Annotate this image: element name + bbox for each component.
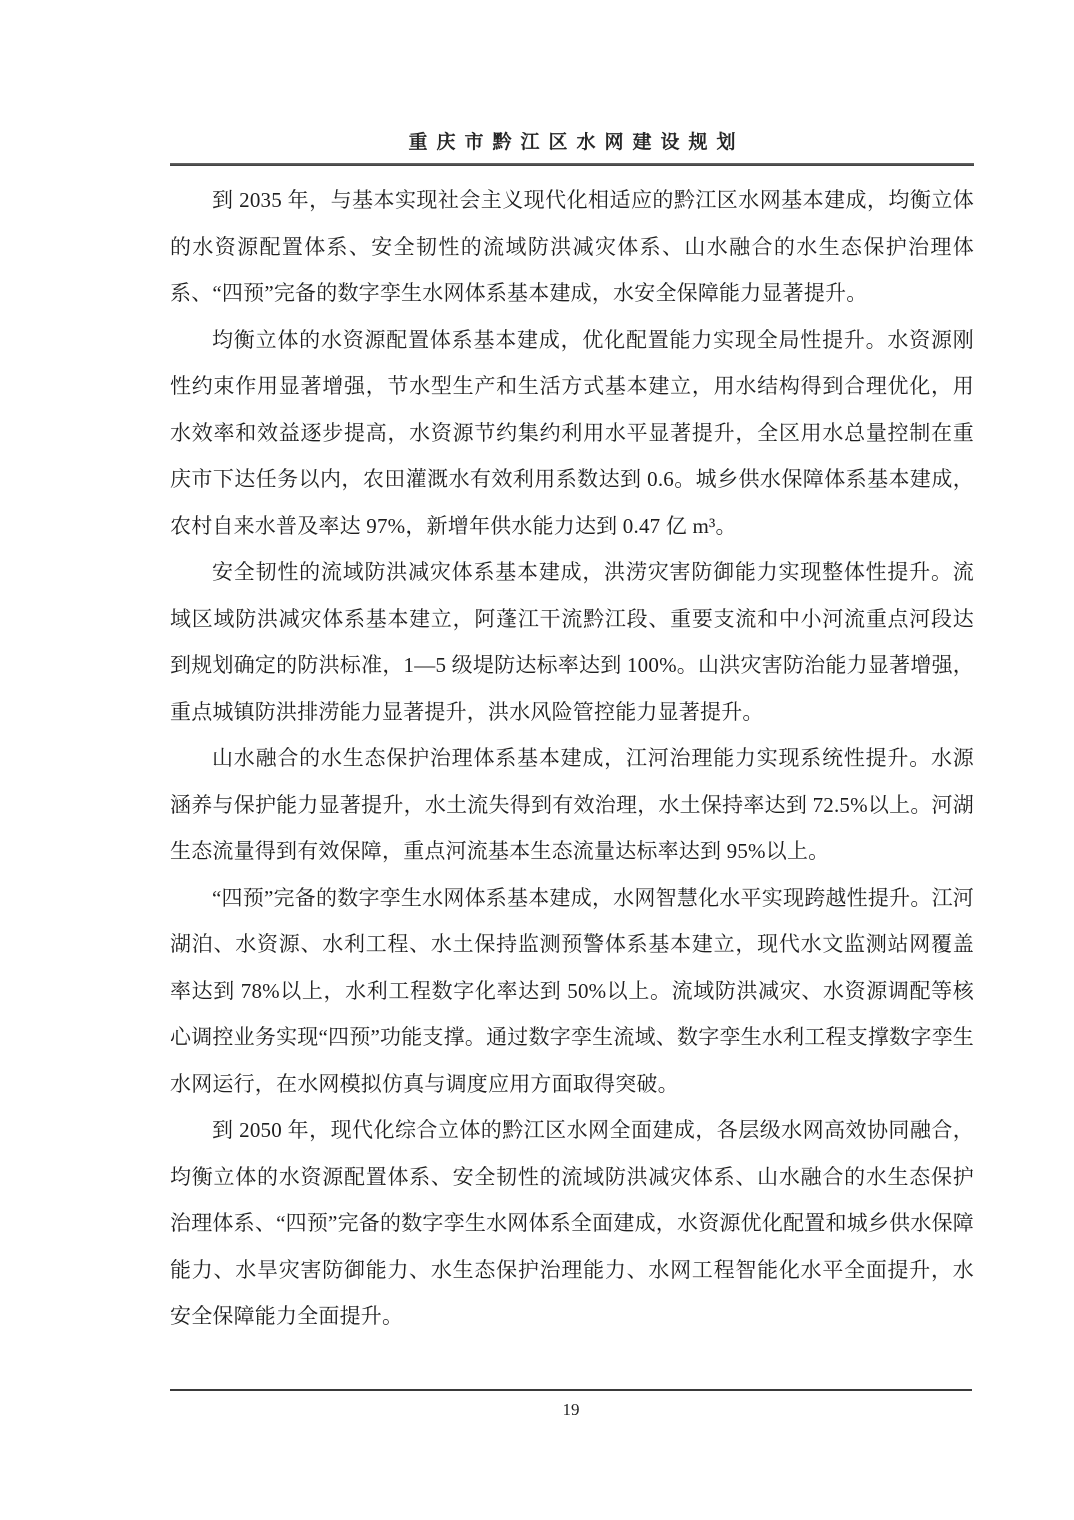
body-paragraph-eco-protection: 山水融合的水生态保护治理体系基本建成，江河治理能力实现系统性提升。水源涵养与保护… [170, 735, 974, 875]
page-header-title: 重庆市黔江区水网建设规划 [170, 130, 974, 156]
footer-rule [170, 1389, 972, 1391]
body-paragraph-2050-goal: 到 2050 年，现代化综合立体的黔江区水网全面建成，各层级水网高效协同融合，均… [170, 1107, 974, 1340]
body-paragraph-flood-control: 安全韧性的流域防洪减灾体系基本建成，洪涝灾害防御能力实现整体性提升。流域区域防洪… [170, 549, 974, 735]
body-paragraph-digital-twin: “四预”完备的数字孪生水网体系基本建成，水网智慧化水平实现跨越性提升。江河湖泊、… [170, 875, 974, 1108]
body-paragraph-2035-goal: 到 2035 年，与基本实现社会主义现代化相适应的黔江区水网基本建成，均衡立体的… [170, 177, 974, 317]
document-page: 重庆市黔江区水网建设规划 到 2035 年，与基本实现社会主义现代化相适应的黔江… [0, 0, 1074, 1520]
header-rule [170, 163, 974, 166]
page-header: 重庆市黔江区水网建设规划 [170, 130, 974, 166]
document-body: 到 2035 年，与基本实现社会主义现代化相适应的黔江区水网基本建成，均衡立体的… [170, 177, 974, 1340]
page-number: 19 [170, 1400, 972, 1420]
body-paragraph-water-resource-allocation: 均衡立体的水资源配置体系基本建成，优化配置能力实现全局性提升。水资源刚性约束作用… [170, 317, 974, 550]
